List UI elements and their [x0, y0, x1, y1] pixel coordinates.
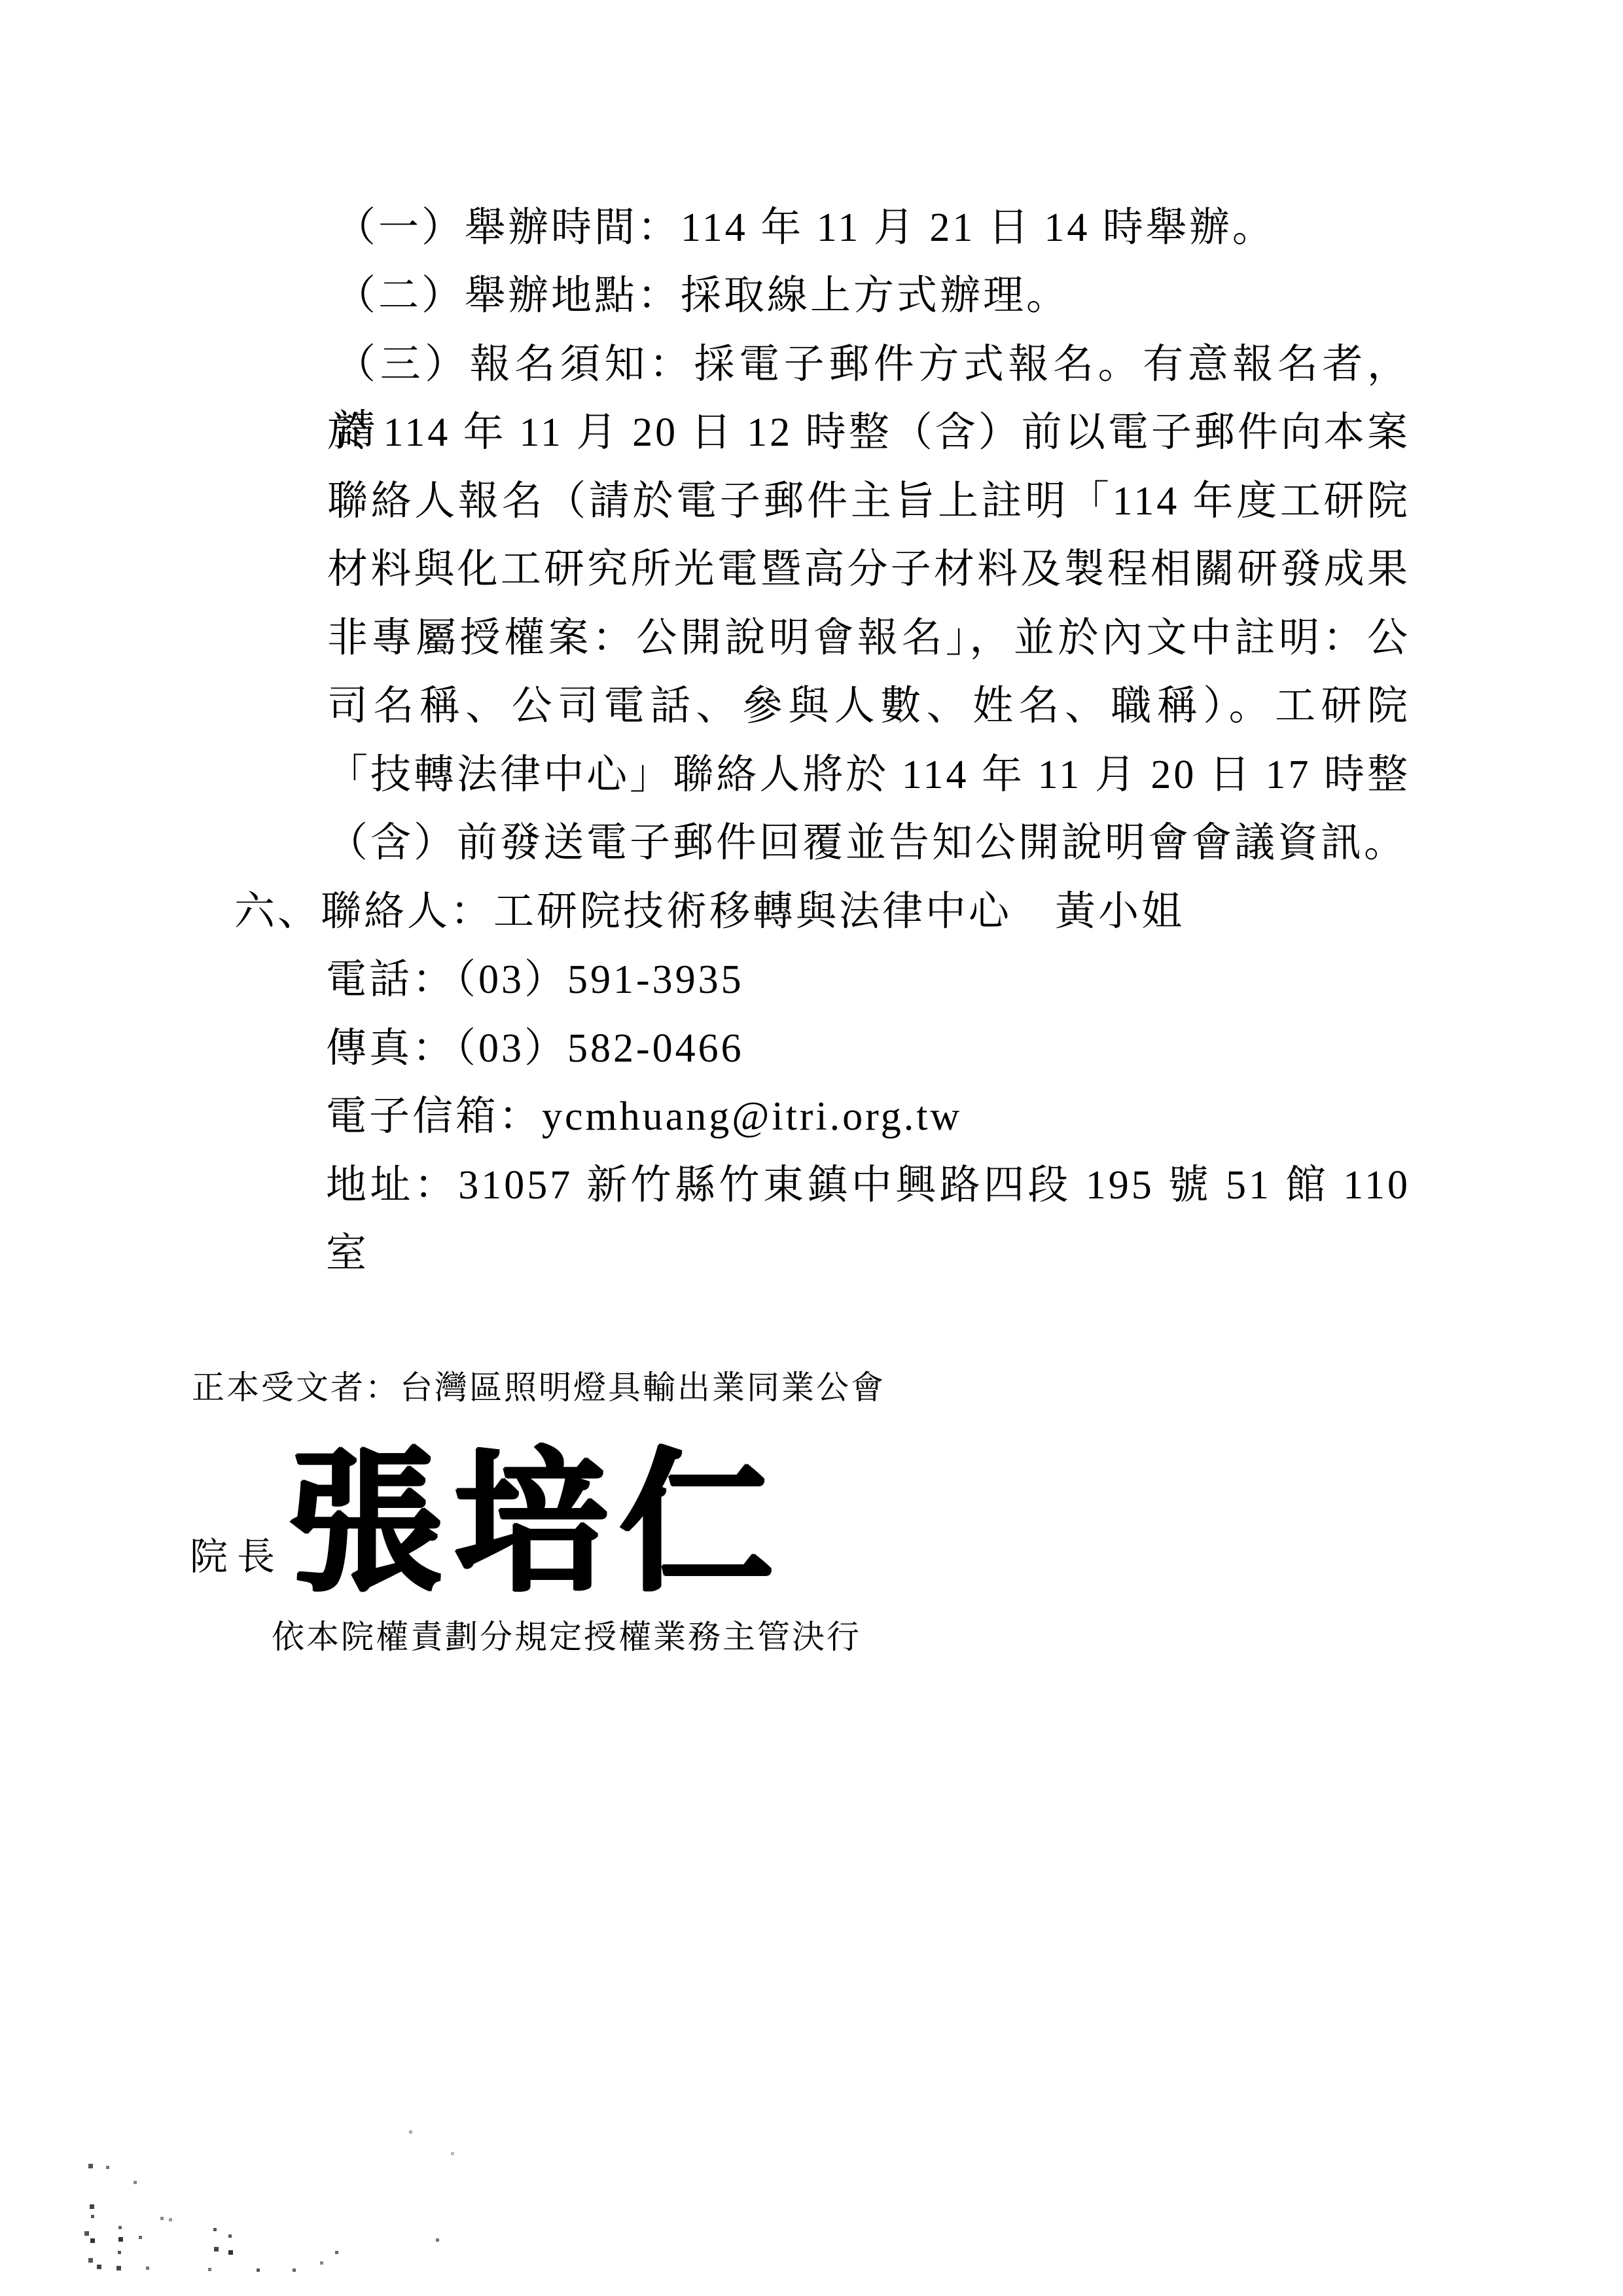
scanned-document-page: （一）舉辦時間：114 年 11 月 21 日 14 時舉辦。 （二）舉辦地點：… [0, 0, 1623, 2296]
body-line: 非專屬授權案：公開說明會報名」，並於內文中註明：公 [327, 605, 1410, 671]
body-line-fax: 傳真：（03）582-0466 [326, 1016, 744, 1081]
body-line-phone: 電話：（03）591-3935 [326, 947, 744, 1013]
body-line: （含）前發送電子郵件回覆並告知公開說明會會議資訊。 [327, 810, 1407, 876]
body-line-contact-heading: 六、聯絡人：工研院技術移轉與法律中心 黃小姐 [234, 879, 1185, 944]
signer-title-label: 院長 [190, 1536, 284, 1578]
authorization-note: 依本院權責劃分規定授權業務主管決行 [272, 1619, 861, 1655]
body-line: （一）舉辦時間：114 年 11 月 21 日 14 時舉辦。 [335, 195, 1275, 260]
body-line: 材料與化工研究所光電暨高分子材料及製程相關研發成果 [327, 537, 1410, 602]
body-line: 「技轉法律中心」聯絡人將於 114 年 11 月 20 日 17 時整 [327, 742, 1410, 808]
body-line-address: 地址：31057 新竹縣竹東鎮中興路四段 195 號 51 館 110 [326, 1153, 1410, 1218]
body-line: （二）舉辦地點：採取線上方式辦理。 [335, 263, 1069, 329]
signature-name: 張培仁 [288, 1444, 785, 1604]
body-line-address-cont: 室 [326, 1221, 369, 1286]
scan-noise-specks [0, 0, 2, 2]
body-line-email: 電子信箱：ycmhuang@itri.org.tw [326, 1084, 962, 1149]
recipient-line: 正本受文者：台灣區照明燈具輸出業同業公會 [192, 1369, 885, 1406]
body-line: 司名稱、公司電話、參與人數、姓名、職稱）。工研院 [327, 673, 1410, 739]
body-line: 聯絡人報名（請於電子郵件主旨上註明「114 年度工研院 [327, 469, 1410, 534]
body-line: 於 114 年 11 月 20 日 12 時整（含）前以電子郵件向本案 [327, 400, 1410, 465]
